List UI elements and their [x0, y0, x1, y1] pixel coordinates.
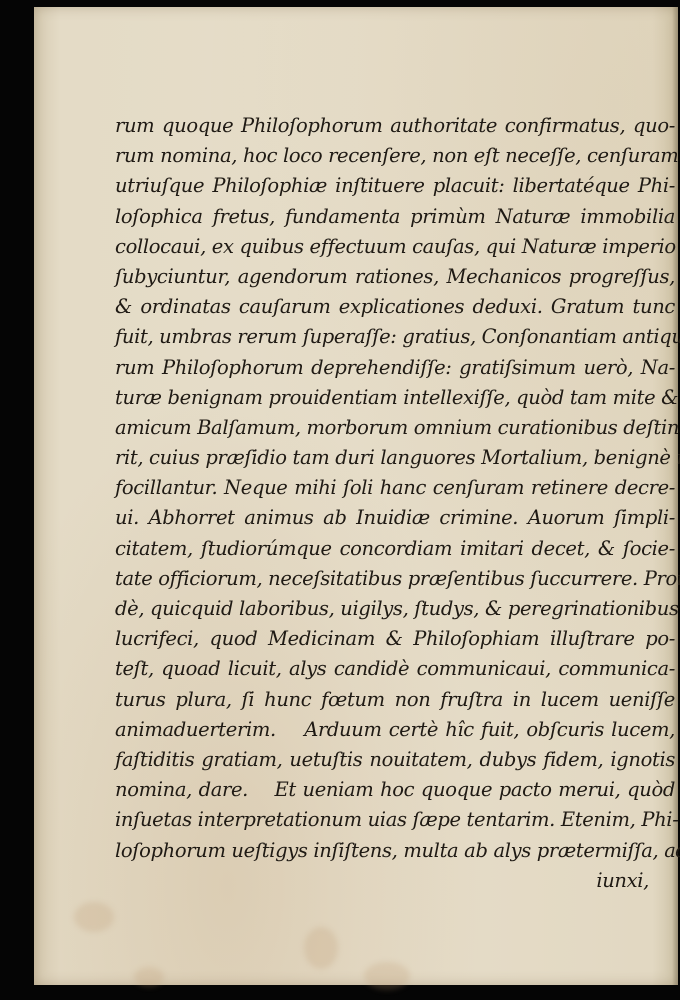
text-line: faſtiditis gratiam, uetuſtis nouitatem, … — [115, 745, 675, 775]
text-line: focillantur. Neque mihi ſoli hanc cenſur… — [115, 473, 675, 503]
text-line: tate officiorum, neceſsitatibus præſenti… — [115, 564, 675, 594]
book-page: rum quoque Philoſophorum authoritate con… — [34, 7, 678, 985]
text-line: lucrifeci, quod Medicinam & Philoſophiam… — [115, 624, 675, 654]
text-line: dè, quicquid laboribus, uigilys, ſtudys,… — [115, 594, 675, 624]
text-line: loſophica fretus, fundamenta primùm Natu… — [115, 202, 675, 232]
text-line: rit, cuius præſidio tam duri languores M… — [115, 443, 675, 473]
text-line: fuit, umbras rerum ſuperaſſe: gratius, C… — [115, 322, 675, 352]
paper-stain — [74, 902, 114, 932]
text-line: rum quoque Philoſophorum authoritate con… — [115, 111, 675, 141]
paper-stain — [134, 967, 164, 987]
text-line: inſuetas interpretationum uias ſæpe tent… — [115, 805, 675, 835]
text-line: turus plura, ſi hunc fœtum non fruſtra i… — [115, 685, 675, 715]
paper-stain — [364, 962, 410, 990]
text-line: citatem, ſtudiorúmque concordiam imitari… — [115, 534, 675, 564]
text-line: ſubyciuntur, agendorum rationes, Mechani… — [115, 262, 675, 292]
text-line: ui. Abhorret animus ab Inuidiæ crimine. … — [115, 503, 675, 533]
text-line: amicum Balſamum, morborum omnium curatio… — [115, 413, 675, 443]
text-line: rum Philoſophorum deprehendiſſe: gratiſs… — [115, 353, 675, 383]
catchword-line: iunxi, — [115, 866, 675, 896]
text-line: animaduerterim. Arduum certè hîc fuit, o… — [115, 715, 675, 745]
text-line: & ordinatas cauſarum explicationes dedux… — [115, 292, 675, 322]
text-line: loſophorum ueſtigys inſiſtens, multa ab … — [115, 836, 675, 866]
scanned-page-viewer: rum quoque Philoſophorum authoritate con… — [0, 0, 680, 1000]
text-line: utriuſque Philoſophiæ inſtituere placuit… — [115, 171, 675, 201]
body-text: rum quoque Philoſophorum authoritate con… — [115, 111, 675, 896]
paper-stain — [304, 927, 338, 969]
text-line: turæ benignam prouidentiam intellexiſſe,… — [115, 383, 675, 413]
text-line: rum nomina, hoc loco recenſere, non eſt … — [115, 141, 675, 171]
text-line: collocaui, ex quibus effectuum cauſas, q… — [115, 232, 675, 262]
text-line: teſt, quoad licuit, alys candidè communi… — [115, 654, 675, 684]
text-line: nomina, dare. Et ueniam hoc quoque pacto… — [115, 775, 675, 805]
